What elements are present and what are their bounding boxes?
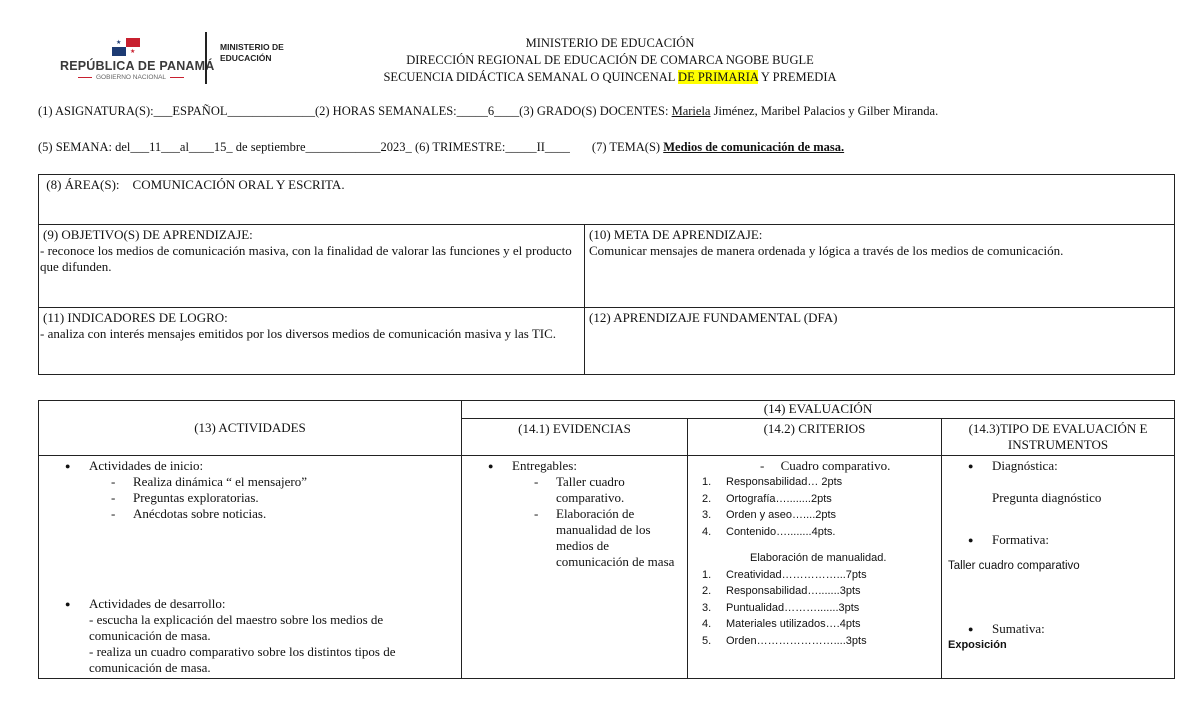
formativa-value: Taller cuadro comparativo — [942, 558, 1174, 575]
criterio-item: 1.Responsabilidad… 2pts — [688, 474, 941, 491]
docentes-rest: Jiménez, Maribel Palacios y Gilber Miran… — [710, 104, 938, 118]
document-header: MINISTERIO DE EDUCACIÓN DIRECCIÓN REGION… — [330, 35, 890, 86]
activities-table: (13) ACTIVIDADES (14) EVALUACIÓN (14.1) … — [38, 400, 1175, 679]
evidencias-cell: Entregables: Taller cuadro comparativo. … — [462, 456, 688, 679]
criterio-item: 1.Creatividad……………...7pts — [688, 567, 941, 584]
criterio-item: 4.Materiales utilizados….4pts — [688, 616, 941, 633]
objetivo-text: - reconoce los medios de comunicación ma… — [40, 243, 580, 275]
criterios-cell: - Cuadro comparativo. 1.Responsabilidad…… — [688, 456, 942, 679]
evidencia-item: Taller cuadro comparativo. — [462, 474, 687, 506]
criterio-text: Ortografía…........2pts — [726, 493, 832, 505]
country-name: REPÚBLICA DE PANAMÁ — [60, 59, 215, 73]
criterio-text: Responsabilidad….......3pts — [726, 585, 861, 597]
ministry-line2: EDUCACIÓN — [220, 53, 284, 64]
inicio-label: Actividades de inicio: — [39, 458, 461, 474]
criterio-item: 3.Orden y aseo…....2pts — [688, 507, 941, 524]
criterio-item: 2.Ortografía…........2pts — [688, 491, 941, 508]
desarrollo-item: - realiza un cuadro comparativo sobre lo… — [39, 644, 461, 676]
criterio-text: Responsabilidad… 2pts — [726, 476, 842, 488]
header-line3: SECUENCIA DIDÁCTICA SEMANAL O QUINCENAL … — [330, 69, 890, 86]
inicio-item: Anécdotas sobre noticias. — [39, 506, 461, 522]
meta-label: (10) META DE APRENDIZAJE: — [589, 227, 1170, 243]
tipo-cell: Diagnóstica: Pregunta diagnóstico Format… — [942, 456, 1175, 679]
criterio-text: Contenido…........4pts. — [726, 526, 835, 538]
desarrollo-item: - escucha la explicación del maestro sob… — [39, 612, 461, 644]
header-line1: MINISTERIO DE EDUCACIÓN — [330, 35, 890, 52]
criterio-item: 2.Responsabilidad….......3pts — [688, 583, 941, 600]
area-value: COMUNICACIÓN ORAL Y ESCRITA. — [133, 177, 345, 192]
indicadores-text: - analiza con interés mensajes emitidos … — [40, 326, 580, 342]
trimestre-label: (6) TRIMESTRE: — [412, 140, 506, 154]
semana-value: del___11___al____15_ de septiembre______… — [115, 140, 412, 154]
tipo-header: (14.3)TIPO DE EVALUACIÓN E INSTRUMENTOS — [942, 419, 1175, 456]
objetivo-label: (9) OBJETIVO(S) DE APRENDIZAJE: — [40, 227, 580, 243]
criterio-text: Materiales utilizados….4pts — [726, 618, 861, 630]
meta-cell: (10) META DE APRENDIZAJE: Comunicar mens… — [585, 225, 1175, 308]
horas-value: _____6____ — [457, 104, 520, 118]
semana-label: (5) SEMANA: — [38, 140, 115, 154]
meta-text: Comunicar mensajes de manera ordenada y … — [589, 243, 1170, 259]
tema-label: (7) TEMA(S) — [592, 140, 663, 154]
manualidad-label: Elaboración de manualidad. — [688, 550, 941, 567]
evaluacion-header: (14) EVALUACIÓN — [462, 401, 1175, 419]
trimestre-value: _____II____ — [505, 140, 570, 154]
ministry-name: MINISTERIO DE EDUCACIÓN — [220, 42, 284, 64]
evidencia-item: Elaboración de manualidad de los medios … — [462, 506, 687, 570]
info-line-2: (5) SEMANA: del___11___al____15_ de sept… — [38, 140, 844, 155]
objetivo-cell: (9) OBJETIVO(S) DE APRENDIZAJE: - recono… — [39, 225, 585, 308]
highlighted-text: DE PRIMARIA — [678, 70, 758, 84]
criterio-item: 3.Puntualidad……….......3pts — [688, 600, 941, 617]
criterio-text: Puntualidad……….......3pts — [726, 602, 859, 614]
asignatura-label: (1) ASIGNATURA(S): — [38, 104, 154, 118]
entregables-label: Entregables: — [462, 458, 687, 474]
docente-first: Mariela — [672, 104, 711, 118]
evidencias-header: (14.1) EVIDENCIAS — [462, 419, 688, 456]
sumativa-label: Sumativa: — [942, 621, 1174, 637]
criterio-text: Orden y aseo…....2pts — [726, 509, 836, 521]
info-line-1: (1) ASIGNATURA(S):___ESPAÑOL____________… — [38, 104, 938, 119]
indicadores-label: (11) INDICADORES DE LOGRO: — [40, 310, 580, 326]
government-label: GOBIERNO NACIONAL — [64, 74, 198, 81]
criterio-item: 5.Orden…………………....3pts — [688, 633, 941, 650]
header-line2: DIRECCIÓN REGIONAL DE EDUCACIÓN DE COMAR… — [330, 52, 890, 69]
desarrollo-label: Actividades de desarrollo: — [39, 596, 461, 612]
header-line3-post: Y PREMEDIA — [758, 70, 836, 84]
logo-divider — [205, 32, 207, 84]
area-cell: (8) ÁREA(S): COMUNICACIÓN ORAL Y ESCRITA… — [39, 175, 1175, 225]
criterio-item: 4.Contenido…........4pts. — [688, 524, 941, 541]
cuadro-label: - Cuadro comparativo. — [688, 458, 941, 474]
criterios-header: (14.2) CRITERIOS — [688, 419, 942, 456]
cuadro-label-text: Cuadro comparativo. — [781, 458, 891, 473]
sumativa-value: Exposición — [942, 637, 1174, 654]
grado-label: (3) GRADO(S) DOCENTES: — [519, 104, 671, 118]
actividades-header: (13) ACTIVIDADES — [39, 401, 462, 456]
actividades-cell: Actividades de inicio: Realiza dinámica … — [39, 456, 462, 679]
panama-flag-icon: ★ ★ — [112, 38, 140, 56]
criterio-text: Creatividad……………...7pts — [726, 569, 867, 581]
diagnostica-value: Pregunta diagnóstico — [942, 490, 1174, 506]
indicadores-cell: (11) INDICADORES DE LOGRO: - analiza con… — [39, 308, 585, 375]
horas-label: (2) HORAS SEMANALES: — [315, 104, 457, 118]
area-label: (8) ÁREA(S): — [46, 177, 119, 192]
objectives-table: (8) ÁREA(S): COMUNICACIÓN ORAL Y ESCRITA… — [38, 174, 1175, 375]
inicio-item: Preguntas exploratorias. — [39, 490, 461, 506]
dfa-cell: (12) APRENDIZAJE FUNDAMENTAL (DFA) — [585, 308, 1175, 375]
diagnostica-label: Diagnóstica: — [942, 458, 1174, 474]
inicio-item: Realiza dinámica “ el mensajero” — [39, 474, 461, 490]
formativa-label: Formativa: — [942, 532, 1174, 548]
dfa-label: (12) APRENDIZAJE FUNDAMENTAL (DFA) — [589, 310, 1170, 326]
tema-value: Medios de comunicación de masa. — [663, 140, 844, 154]
asignatura-value: ___ESPAÑOL______________ — [154, 104, 315, 118]
header-line3-pre: SECUENCIA DIDÁCTICA SEMANAL O QUINCENAL — [383, 70, 678, 84]
criterio-text: Orden…………………....3pts — [726, 635, 867, 647]
ministry-line1: MINISTERIO DE — [220, 42, 284, 53]
ministry-logo: ★ ★ REPÚBLICA DE PANAMÁ GOBIERNO NACIONA… — [50, 30, 320, 90]
